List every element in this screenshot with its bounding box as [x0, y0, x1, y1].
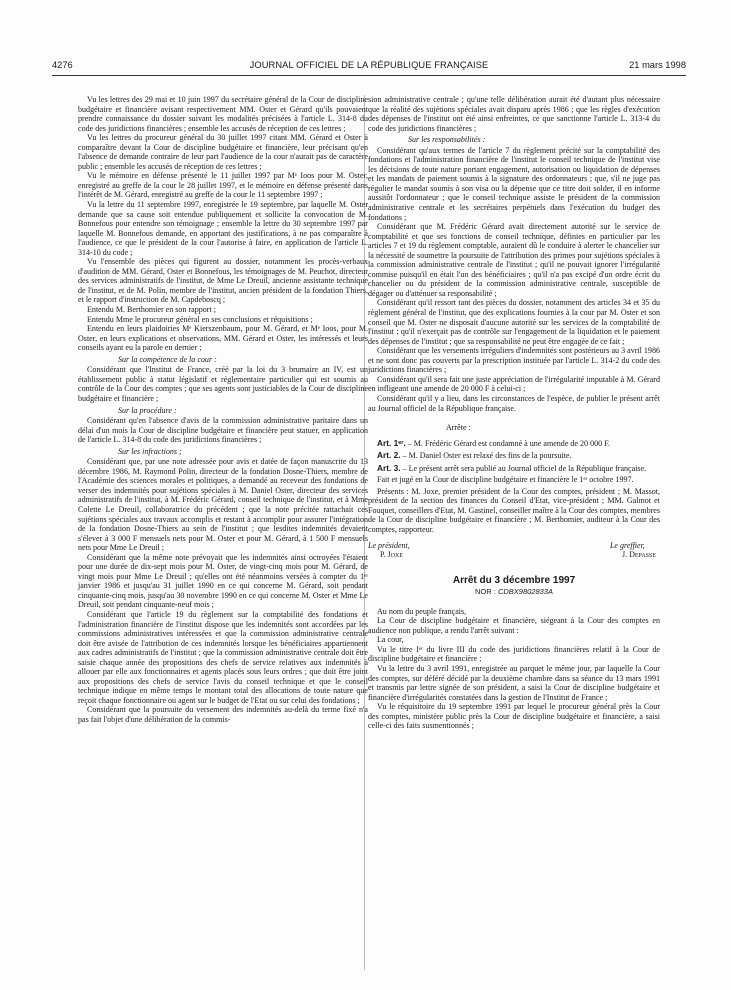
paragraph: Considérant que l'article 19 du règlemen… [78, 610, 368, 705]
paragraph: Entendu M. Berthomier en son rapport ; [78, 305, 368, 315]
signature-greffier: Le greffier, J. Depasse [610, 541, 660, 560]
issue-date: 21 mars 1998 [629, 60, 686, 70]
article-2: Art. 2. – M. Daniel Oster est relaxé des… [368, 451, 660, 461]
paragraph: Considérant que M. Frédéric Gérard avait… [368, 222, 660, 298]
paragraph: Considérant que la poursuite du versemen… [78, 705, 368, 724]
right-column: sion administrative centrale ; qu'une te… [368, 95, 660, 731]
signature-role: Le président, [368, 541, 410, 551]
paragraph: Vu le réquisitoire du 19 septembre 1991 … [368, 702, 660, 731]
paragraph: Considérant qu'il y a lieu, dans les cir… [368, 394, 660, 413]
article-number: Art. 3. [377, 463, 401, 473]
paragraph: Entendu Mme le procureur général en ses … [78, 315, 368, 325]
arrete-heading: Arrête : [368, 423, 660, 433]
article-text: – M. Daniel Oster est relaxé des fins de… [401, 451, 572, 460]
paragraph: Considérant que la même note prévoyait q… [78, 553, 368, 610]
nor-label: NOR : [475, 587, 498, 596]
header-rule [52, 75, 686, 76]
nor-reference: NOR : CDBX9802833A [368, 587, 660, 597]
paragraph: Considérant que, par une note adressée p… [78, 457, 368, 552]
paragraph: Considérant qu'en l'absence d'avis de la… [78, 416, 368, 445]
paragraph: Vu l'ensemble des pièces qui figurent au… [78, 257, 368, 305]
article-number: Art. 1ᵉʳ. [377, 438, 406, 448]
article-text: – Le présent arrêt sera publié au Journa… [401, 464, 647, 473]
paragraph: Vu les lettres du procureur général du 3… [78, 133, 368, 171]
article-3: Art. 3. – Le présent arrêt sera publié a… [368, 464, 660, 474]
paragraph: Considérant que l'Institut de France, cr… [78, 365, 368, 403]
page-header: 4276 JOURNAL OFFICIEL DE LA RÉPUBLIQUE F… [52, 60, 686, 74]
journal-title: JOURNAL OFFICIEL DE LA RÉPUBLIQUE FRANÇA… [52, 60, 686, 70]
paragraph: Présents : M. Joxe, premier président de… [368, 487, 660, 535]
nor-code: CDBX9802833A [498, 587, 553, 596]
signatures: Le président, P. Joxe Le greffier, J. De… [368, 541, 660, 560]
paragraph: Au nom du peuple français, [368, 607, 660, 617]
paragraph: Vu les lettres des 29 mai et 10 juin 199… [78, 95, 368, 133]
paragraph: Fait et jugé en la Cour de discipline bu… [368, 475, 660, 485]
article-1: Art. 1ᵉʳ. – M. Frédéric Gérard est conda… [368, 439, 660, 449]
paragraph: Considérant qu'il sera fait une juste ap… [368, 375, 660, 394]
paragraph: Vu le mémoire en défense présenté le 11 … [78, 171, 368, 200]
signature-name: P. Joxe [368, 550, 410, 560]
paragraph: Considérant qu'aux termes de l'article 7… [368, 146, 660, 222]
section-heading: Sur la compétence de la cour : [78, 355, 368, 365]
arret-title: Arrêt du 3 décembre 1997 [368, 576, 660, 586]
left-column: Vu les lettres des 29 mai et 10 juin 199… [78, 95, 368, 725]
article-number: Art. 2. [377, 450, 401, 460]
signature-role: Le greffier, [610, 541, 656, 551]
section-heading: Sur les responsabilités : [368, 135, 660, 145]
paragraph: Considérant que les versements irrégulie… [368, 346, 660, 375]
paragraph: sion administrative centrale ; qu'une te… [368, 95, 660, 133]
signature-president: Le président, P. Joxe [368, 541, 410, 560]
paragraph: Vu la lettre du 11 septembre 1997, enreg… [78, 200, 368, 257]
article-text: – M. Frédéric Gérard est condamné à une … [406, 439, 610, 448]
signature-name: J. Depasse [610, 550, 656, 560]
paragraph: Vu la lettre du 3 avril 1991, enregistré… [368, 664, 660, 702]
section-heading: Sur la procédure : [78, 406, 368, 416]
section-heading: Sur les infractions ; [78, 447, 368, 457]
paragraph: Considérant qu'il ressort tant des pièce… [368, 298, 660, 346]
paragraph: La cour, [368, 635, 660, 645]
paragraph: Vu le titre Iᵉʳ du livre III du code des… [368, 645, 660, 664]
paragraph: Entendu en leurs plaidoiries Mᵉ Kierszen… [78, 324, 368, 353]
paragraph: La Cour de discipline budgétaire et fina… [368, 616, 660, 635]
